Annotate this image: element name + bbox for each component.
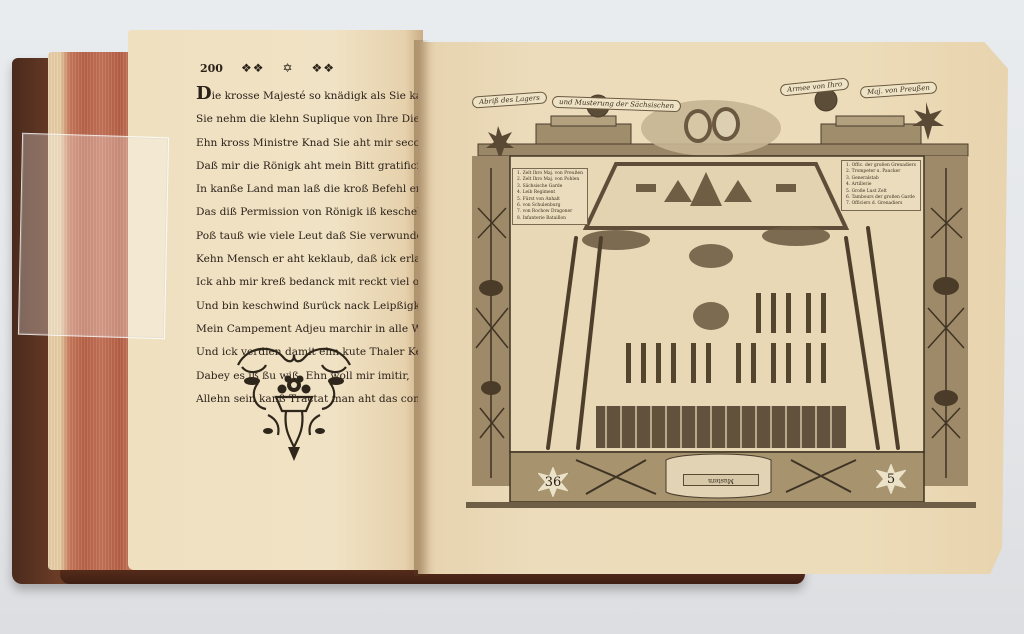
star-ornament-icon: ✡ xyxy=(282,61,293,75)
poem-line: Ehn kross Ministre Knad Sie aht mir seco… xyxy=(196,132,426,155)
header-ornament-icon: ❖❖ xyxy=(312,61,336,75)
page-number: 200 xyxy=(200,62,223,75)
poem-line: Und bin keschwind ßurück nack Leipßigk r… xyxy=(196,295,426,318)
book-gutter-shadow xyxy=(414,40,430,576)
poem-line: Die krosse Majesté so knädigk als Sie ka… xyxy=(196,82,426,108)
plate-cartouche: Mustern xyxy=(683,474,759,486)
left-page: 200 ❖❖ ✡ ❖❖ Die krosse Majesté so knädig… xyxy=(128,30,423,570)
engraved-plate xyxy=(466,88,976,508)
plate-legend-right: 1. Offic. der großen Grenadiers 2. Tromp… xyxy=(841,160,921,211)
acrylic-page-holder xyxy=(18,133,169,340)
poem-line: Ick ahb mir kreß bedanck mit reckt viel … xyxy=(196,271,426,294)
header-ornament-icon: ❖❖ xyxy=(241,61,265,75)
plate-legend-left: 1. Zelt Ihro Maj. von Preußen 2. Zelt Ih… xyxy=(512,168,588,225)
poem-line: Daß mir die Rönigk aht mein Bitt gratifi… xyxy=(196,155,426,178)
page-header: 200 ❖❖ ✡ ❖❖ xyxy=(200,60,410,76)
poem-line: Das diß Permission von Rönigk iß kescheh… xyxy=(196,201,426,224)
poem-line: Sie nehm die klehn Suplique von Ihre Die… xyxy=(196,108,426,131)
floral-vignette-icon xyxy=(228,335,360,463)
poem-line: In kanße Land man laß die kroß Befehl er… xyxy=(196,178,426,201)
legend-item: 7. Officiers d. Grenadiers xyxy=(846,201,916,207)
legend-item: 8. Infanterie Bataillon xyxy=(517,216,583,222)
legend-item: 2. Zelt Ihro Maj. von Pohlen xyxy=(517,177,583,183)
poem-line: Kehn Mensch er aht keklaub, daß ick erla… xyxy=(196,248,426,271)
poem-line: Poß tauß wie viele Leut daß Sie verwunde… xyxy=(196,225,426,248)
